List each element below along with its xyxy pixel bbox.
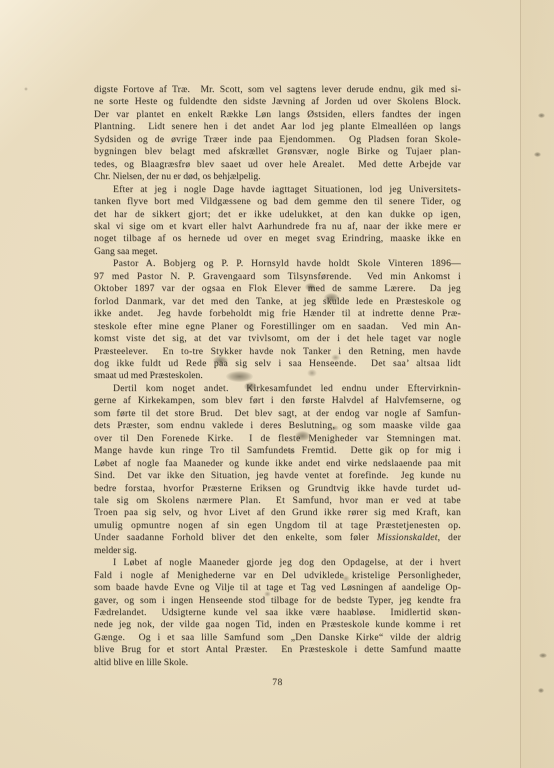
- paragraph: digste Fortove af Træ. Mr. Scott, som ve…: [94, 84, 461, 184]
- text-line: melder sig.: [94, 545, 137, 557]
- text-line: det har de sikkert gjort; det er ikke ud…: [94, 209, 461, 221]
- text-line: Efter at jeg i nogle Dage havde iagttage…: [113, 184, 461, 196]
- text-segment: Under saadanne Forhold bliver det den en…: [94, 532, 377, 543]
- text-line: Sydsiden og de øvrige Træer inde paa Eje…: [94, 134, 461, 146]
- text-line: umulig opmuntre nogen af sin egen Ungdom…: [94, 520, 461, 532]
- text-line-with-emphasis: Under saadanne Forhold bliver det den en…: [94, 532, 461, 544]
- text-line: Mange havde kun ringe Tro til Samfundets…: [94, 445, 461, 457]
- text-line: nede jeg nok, der vilde gaa nogen Tid, i…: [94, 619, 461, 631]
- text-line: blive Brug for et stort Antal Præster. E…: [94, 644, 461, 656]
- text-line: Præsteelever. En to-tre Stykker havde no…: [94, 346, 461, 358]
- text-line: Gænge. Og i et saa lille Samfund som „De…: [94, 632, 461, 644]
- text-line: 97 med Pastor N. P. Gravengaard som Tils…: [94, 271, 461, 283]
- text-line: bedre forstaa, hvorfor Præsterne Eriksen…: [94, 483, 461, 495]
- page-edge-line: [520, 0, 521, 768]
- paragraph: Pastor A. Bobjerg og P. P. Hornsyld havd…: [94, 258, 461, 383]
- page-edge-shading: [521, 0, 554, 768]
- italic-word: Missionskaldet: [377, 532, 438, 543]
- text-line: steskole efter mine egne Planer og Fores…: [94, 321, 461, 333]
- text-line: gerne af Kirkekampen, som blev ført i de…: [94, 395, 461, 407]
- text-line: Oktober 1897 var der ogsaa en Flok Eleve…: [94, 283, 461, 295]
- text-line: tedes, og Blaagræsfrø blev saaet ud over…: [94, 159, 461, 171]
- text-line: Dertil kom noget andet. Kirkesamfundet l…: [113, 383, 461, 395]
- paragraph: Dertil kom noget andet. Kirkesamfundet l…: [94, 383, 461, 557]
- text-line: altid blive en lille Skole.: [94, 657, 188, 669]
- text-line: gaver, og som i ingen Henseende stod til…: [94, 595, 461, 607]
- text-line: noget tilbage af os hernede ud over en m…: [94, 233, 461, 245]
- text-block: digste Fortove af Træ. Mr. Scott, som ve…: [94, 84, 461, 669]
- text-line: Sind. Det var ikke den Situation, jeg ha…: [94, 470, 461, 482]
- scanned-book-page: digste Fortove af Træ. Mr. Scott, som ve…: [0, 0, 554, 768]
- text-line: Der var plantet en enkelt Række Løn lang…: [94, 109, 461, 121]
- text-line: digste Fortove af Træ. Mr. Scott, som ve…: [94, 84, 461, 96]
- text-line: tale sig om Skolens nærmere Plan. Et Sam…: [94, 495, 461, 507]
- text-line: skal vi sige om et kvart eller halvt Aar…: [94, 221, 461, 233]
- text-line: bygningen blev belagt med afskrællet Grø…: [94, 146, 461, 158]
- text-line: Gang saa meget.: [94, 246, 158, 258]
- text-line: Chr. Nielsen, der nu er død, os behjælpe…: [94, 171, 261, 183]
- ink-speck: [24, 87, 28, 91]
- text-line: som baade havde Evne og Vilje til at tag…: [94, 582, 461, 594]
- text-line: Løbet af nogle faa Maaneder og kunde ikk…: [94, 458, 461, 470]
- text-line: over til Den Forenede Kirke. I de fleste…: [94, 433, 461, 445]
- text-segment: , der: [438, 532, 461, 543]
- text-line: Pastor A. Bobjerg og P. P. Hornsyld havd…: [113, 258, 461, 270]
- text-line: Fædrelandet. Udsigterne kunde vel saa ik…: [94, 607, 461, 619]
- text-line: forlod Danmark, var det med den Tanke, a…: [94, 296, 461, 308]
- text-line: dets Præster, som endnu vaklede i deres …: [94, 420, 461, 432]
- paragraph: I Løbet af nogle Maaneder gjorde jeg dog…: [94, 557, 461, 669]
- text-line: som førte til det store Brud. Det blev s…: [94, 408, 461, 420]
- text-line: dog ikke fuldt ud Rede paa sig selv i sa…: [94, 358, 461, 370]
- text-line: ikke andet. Jeg havde forbeholdt mig fri…: [94, 308, 461, 320]
- text-line: Troen paa sig selv, og hvor Livet af den…: [94, 507, 461, 519]
- text-line: tanken flyve bort med Vildgæssene og bad…: [94, 196, 461, 208]
- text-line: smaat ud med Præsteskolen.: [94, 370, 203, 382]
- page-number: 78: [94, 677, 461, 688]
- text-line: komst viste det sig, at det var tvivlsom…: [94, 333, 461, 345]
- text-line: Fald i nogle af Menighederne var en Del …: [94, 570, 461, 582]
- paragraph: Efter at jeg i nogle Dage havde iagttage…: [94, 184, 461, 259]
- text-line: ne sorte Heste og fuldendte den sidste J…: [94, 96, 461, 108]
- text-line: Plantning. Lidt senere hen i det andet A…: [94, 121, 461, 133]
- text-line: I Løbet af nogle Maaneder gjorde jeg dog…: [113, 557, 461, 569]
